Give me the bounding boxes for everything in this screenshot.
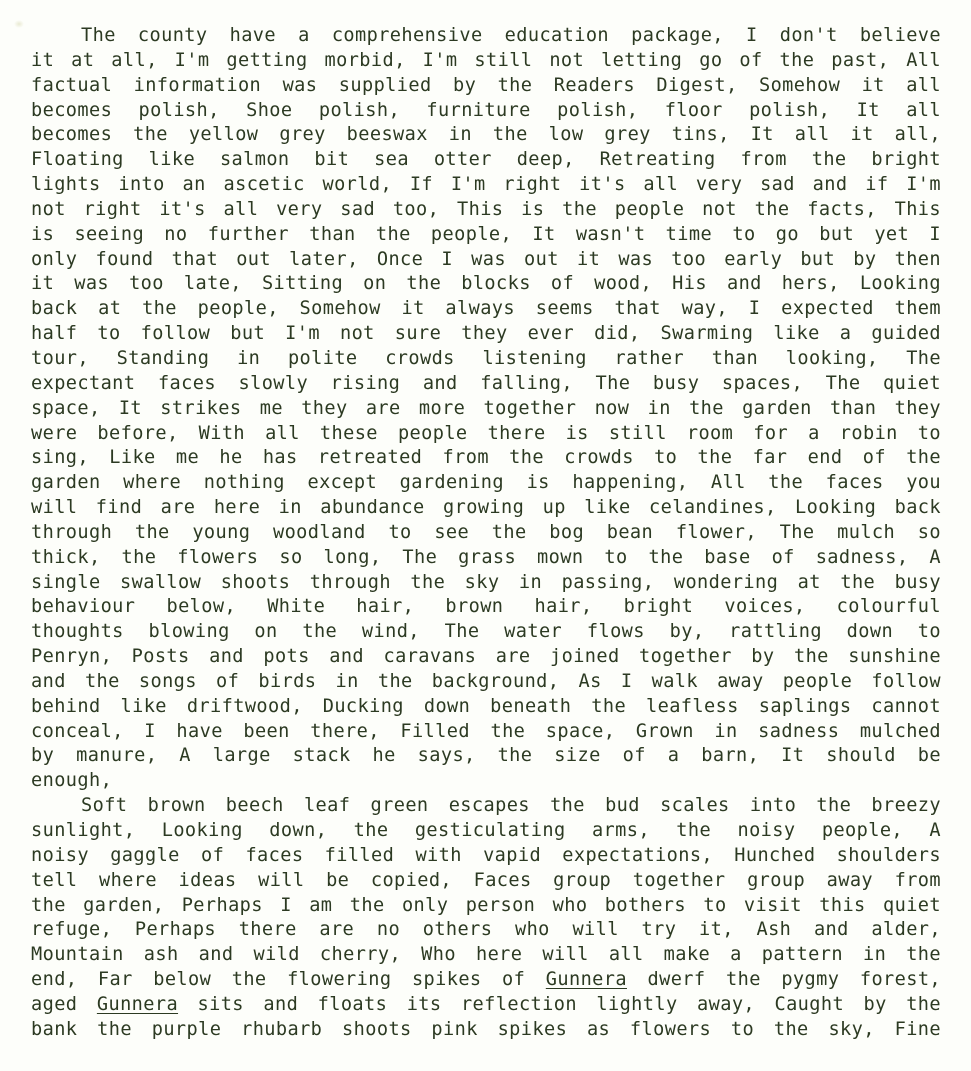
text-line: Penryn, Posts and pots and caravans are …	[31, 645, 941, 670]
text-line: not right it's all very sad too, This is…	[31, 198, 941, 223]
text-line: expectant faces slowly rising and fallin…	[31, 372, 941, 397]
text-line: noisy gaggle of faces filled with vapid …	[31, 844, 941, 869]
text-line: sunlight, Looking down, the gesticulatin…	[31, 819, 941, 844]
paragraph: Soft brown beech leaf green escapes the …	[31, 794, 941, 1042]
text-line: thoughts blowing on the wind, The water …	[31, 620, 941, 645]
text-line: it at all, I'm getting morbid, I'm still…	[31, 49, 941, 74]
text-line: only found that out later, Once I was ou…	[31, 248, 941, 273]
paragraph: The county have a comprehensive educatio…	[31, 24, 941, 794]
text-line: it was too late, Sitting on the blocks o…	[31, 272, 941, 297]
document-page: The county have a comprehensive educatio…	[31, 24, 941, 1043]
text-line: is seeing no further than the people, It…	[31, 223, 941, 248]
underlined-term: Gunnera	[97, 994, 178, 1015]
text-line: bank the purple rhubarb shoots pink spik…	[31, 1018, 941, 1043]
text-line: aged Gunnera sits and floats its reflect…	[31, 993, 941, 1018]
text-line: tell where ideas will be copied, Faces g…	[31, 869, 941, 894]
text-line: the garden, Perhaps I am the only person…	[31, 894, 941, 919]
underlined-term: Gunnera	[546, 969, 627, 990]
text-line: enough,	[31, 769, 941, 794]
text-line: by manure, A large stack he says, the si…	[31, 744, 941, 769]
text-line: space, It strikes me they are more toget…	[31, 397, 941, 422]
text-line: tour, Standing in polite crowds listenin…	[31, 347, 941, 372]
text-line: factual information was supplied by the …	[31, 74, 941, 99]
text-line: will find are here in abundance growing …	[31, 496, 941, 521]
text-line: Soft brown beech leaf green escapes the …	[31, 794, 941, 819]
text-line: thick, the flowers so long, The grass mo…	[31, 546, 941, 571]
text-line: and the songs of birds in the background…	[31, 670, 941, 695]
text-line: behaviour below, White hair, brown hair,…	[31, 595, 941, 620]
text-line: becomes the yellow grey beeswax in the l…	[31, 123, 941, 148]
text-line: Mountain ash and wild cherry, Who here w…	[31, 943, 941, 968]
text-line: The county have a comprehensive educatio…	[31, 24, 941, 49]
text-line: refuge, Perhaps there are no others who …	[31, 918, 941, 943]
text-line: half to follow but I'm not sure they eve…	[31, 322, 941, 347]
text-line: were before, With all these people there…	[31, 422, 941, 447]
text-line: end, Far below the flowering spikes of G…	[31, 968, 941, 993]
text-line: behind like driftwood, Ducking down bene…	[31, 695, 941, 720]
text-line: back at the people, Somehow it always se…	[31, 297, 941, 322]
text-line: becomes polish, Shoe polish, furniture p…	[31, 99, 941, 124]
text-line: through the young woodland to see the bo…	[31, 521, 941, 546]
text-line: Floating like salmon bit sea otter deep,…	[31, 148, 941, 173]
paper-smudge	[14, 20, 24, 28]
text-line: garden where nothing except gardening is…	[31, 471, 941, 496]
text-line: sing, Like me he has retreated from the …	[31, 446, 941, 471]
text-line: lights into an ascetic world, If I'm rig…	[31, 173, 941, 198]
text-line: conceal, I have been there, Filled the s…	[31, 720, 941, 745]
text-line: single swallow shoots through the sky in…	[31, 571, 941, 596]
